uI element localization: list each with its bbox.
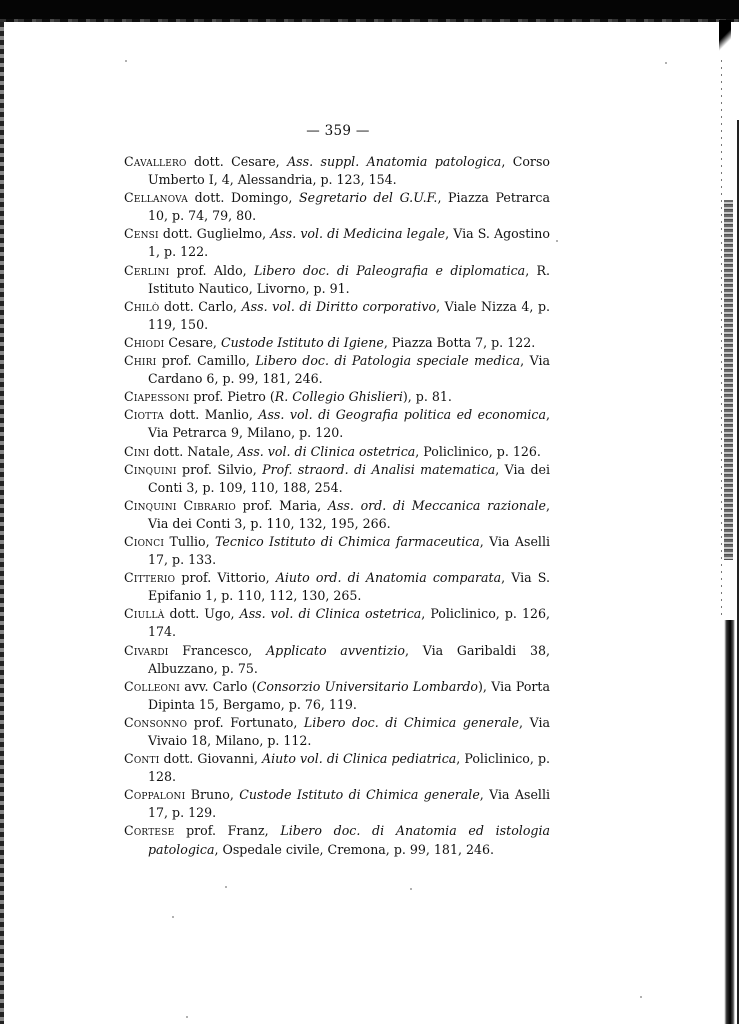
entry-surname: Cavallero — [124, 154, 187, 169]
entry-title-name: dott. Guglielmo, — [159, 226, 270, 241]
entry-citterio: Citterio prof. Vittorio, Aiuto ord. di A… — [124, 569, 550, 605]
entry-civardi: Civardi Francesco, Applicato avventizio,… — [124, 642, 550, 678]
entry-title-name: dott. Giovanni, — [159, 751, 262, 766]
entry-title-name: prof. Silvio, — [177, 462, 263, 477]
entry-title-name: dott. Natale, — [149, 444, 237, 459]
entry-title-name: prof. Vittorio, — [175, 570, 276, 585]
entry-title-name: prof. Franz, — [174, 823, 280, 838]
entry-role: Tecnico Istituto di Chimica farmaceutica — [215, 534, 480, 549]
entry-cinquini-cibrario: Cinquini Cibrario prof. Maria, Ass. ord.… — [124, 497, 550, 533]
entry-surname: Cinquini — [124, 462, 177, 477]
entry-conti: Conti dott. Giovanni, Aiuto vol. di Clin… — [124, 750, 550, 786]
entry-title-name: prof. Fortunato, — [187, 715, 304, 730]
entry-chiodi: Chiodi Cesare, Custode Istituto di Igien… — [124, 334, 550, 352]
scan-speck — [125, 60, 127, 62]
entry-title-name: dott. Cesare, — [187, 154, 288, 169]
entry-surname: Consonno — [124, 715, 187, 730]
entry-role: R. Collegio Ghislieri — [275, 389, 403, 404]
entry-title-name: dott. Carlo, — [159, 299, 241, 314]
scan-top-border — [0, 0, 739, 22]
entry-surname: Cortese — [124, 823, 174, 838]
entry-surname: Civardi — [124, 643, 169, 658]
book-binding-edge — [713, 20, 739, 1024]
entry-ciapessoni: Ciapessoni prof. Pietro (R. Collegio Ghi… — [124, 388, 550, 406]
entry-surname: Conti — [124, 751, 159, 766]
binding-shade — [724, 200, 733, 560]
entry-title-name: prof. Camillo, — [156, 353, 255, 368]
scan-speck — [186, 1016, 188, 1018]
entry-surname: Ciullà — [124, 606, 164, 621]
entry-address-pages: ), p. 81. — [403, 389, 452, 404]
entry-consonno: Consonno prof. Fortunato, Libero doc. di… — [124, 714, 550, 750]
page-edge-dots — [721, 60, 722, 620]
entry-role: Ass. ord. di Meccanica razionale — [328, 498, 546, 513]
entry-title-name: Tullio, — [164, 534, 215, 549]
entry-surname: Chiodi — [124, 335, 164, 350]
entry-address-pages: , Policlinico, p. 126. — [415, 444, 541, 459]
entry-role: Applicato avventizio — [266, 643, 405, 658]
scan-speck — [665, 62, 667, 64]
entry-role: Libero doc. di Patologia speciale medica — [255, 353, 520, 368]
entry-surname: Cionci — [124, 534, 164, 549]
entry-role: Libero doc. di Paleografia e diplomatica — [254, 263, 525, 278]
entry-title-name: Cesare, — [164, 335, 221, 350]
entry-title-name: dott. Ugo, — [164, 606, 239, 621]
entry-role: Ass. vol. di Medicina legale — [270, 226, 445, 241]
scan-speck — [410, 888, 412, 890]
entry-censi: Censi dott. Guglielmo, Ass. vol. di Medi… — [124, 225, 550, 261]
entry-cini: Cini dott. Natale, Ass. vol. di Clinica … — [124, 443, 550, 461]
entry-role: Aiuto vol. di Clinica pediatrica — [262, 751, 456, 766]
entry-title-name: prof. Maria, — [236, 498, 328, 513]
entry-surname: Colleoni — [124, 679, 180, 694]
scan-speck — [556, 240, 558, 242]
entry-title-name: Francesco, — [169, 643, 267, 658]
scan-speck — [640, 996, 642, 998]
entry-role: Custode Istituto di Igiene — [221, 335, 384, 350]
page-corner-shadow — [719, 20, 731, 60]
entry-role: Segretario del G.U.F. — [299, 190, 437, 205]
entry-chiri: Chiri prof. Camillo, Libero doc. di Pato… — [124, 352, 550, 388]
scan-speck — [172, 916, 174, 918]
entry-chilo: Chilò dott. Carlo, Ass. vol. di Diritto … — [124, 298, 550, 334]
entry-cerlini: Cerlini prof. Aldo, Libero doc. di Paleo… — [124, 262, 550, 298]
page-number: — 359 — — [0, 123, 676, 139]
entry-surname: Censi — [124, 226, 159, 241]
entry-surname: Coppaloni — [124, 787, 185, 802]
entry-title-name: avv. Carlo ( — [180, 679, 257, 694]
entry-surname: Citterio — [124, 570, 175, 585]
entry-role: Prof. straord. di Analisi matematica — [262, 462, 495, 477]
directory-entries: Cavallero dott. Cesare, Ass. suppl. Anat… — [124, 153, 550, 859]
entry-surname: Cellanova — [124, 190, 188, 205]
entry-cavallero: Cavallero dott. Cesare, Ass. suppl. Anat… — [124, 153, 550, 189]
entry-role: Custode Istituto di Chimica generale — [239, 787, 480, 802]
entry-role: Libero doc. di Chimica generale — [304, 715, 519, 730]
entry-surname: Cerlini — [124, 263, 169, 278]
entry-title-name: Bruno, — [185, 787, 239, 802]
entry-surname: Ciotta — [124, 407, 164, 422]
entry-title-name: dott. Manlio, — [164, 407, 258, 422]
entry-surname: Cini — [124, 444, 149, 459]
entry-role: Ass. vol. di Diritto corporativo — [242, 299, 436, 314]
entry-role: Ass. vol. di Clinica ostetrica — [240, 606, 422, 621]
entry-cellanova: Cellanova dott. Domingo, Segretario del … — [124, 189, 550, 225]
entry-role: Ass. suppl. Anatomia patologica — [287, 154, 501, 169]
entry-address-pages: , Piazza Botta 7, p. 122. — [384, 335, 535, 350]
entry-cinquini-silvio: Cinquini prof. Silvio, Prof. straord. di… — [124, 461, 550, 497]
scan-left-border — [0, 22, 4, 1024]
entry-address-pages: , Ospedale civile, Cremona, p. 99, 181, … — [214, 842, 494, 857]
entry-surname: Chiri — [124, 353, 156, 368]
entry-coppaloni: Coppaloni Bruno, Custode Istituto di Chi… — [124, 786, 550, 822]
entry-role: Ass. vol. di Clinica ostetrica — [238, 444, 415, 459]
entry-title-name: dott. Domingo, — [188, 190, 299, 205]
entry-role: Ass. vol. di Geografia politica ed econo… — [258, 407, 546, 422]
entry-role: Consorzio Universitario Lombardo — [257, 679, 478, 694]
binding-gutter — [723, 620, 735, 1024]
entry-ciotta: Ciotta dott. Manlio, Ass. vol. di Geogra… — [124, 406, 550, 442]
entry-ciulla: Ciullà dott. Ugo, Ass. vol. di Clinica o… — [124, 605, 550, 641]
scan-speck — [225, 886, 227, 888]
entry-title-name: prof. Aldo, — [169, 263, 254, 278]
entry-cionci: Cionci Tullio, Tecnico Istituto di Chimi… — [124, 533, 550, 569]
entry-surname: Ciapessoni — [124, 389, 189, 404]
entry-role: Aiuto ord. di Anatomia comparata — [276, 570, 501, 585]
entry-surname: Chilò — [124, 299, 159, 314]
entry-cortese: Cortese prof. Franz, Libero doc. di Anat… — [124, 822, 550, 858]
entry-colleoni: Colleoni avv. Carlo (Consorzio Universit… — [124, 678, 550, 714]
entry-title-name: prof. Pietro ( — [189, 389, 274, 404]
entry-surname: Cinquini Cibrario — [124, 498, 236, 513]
